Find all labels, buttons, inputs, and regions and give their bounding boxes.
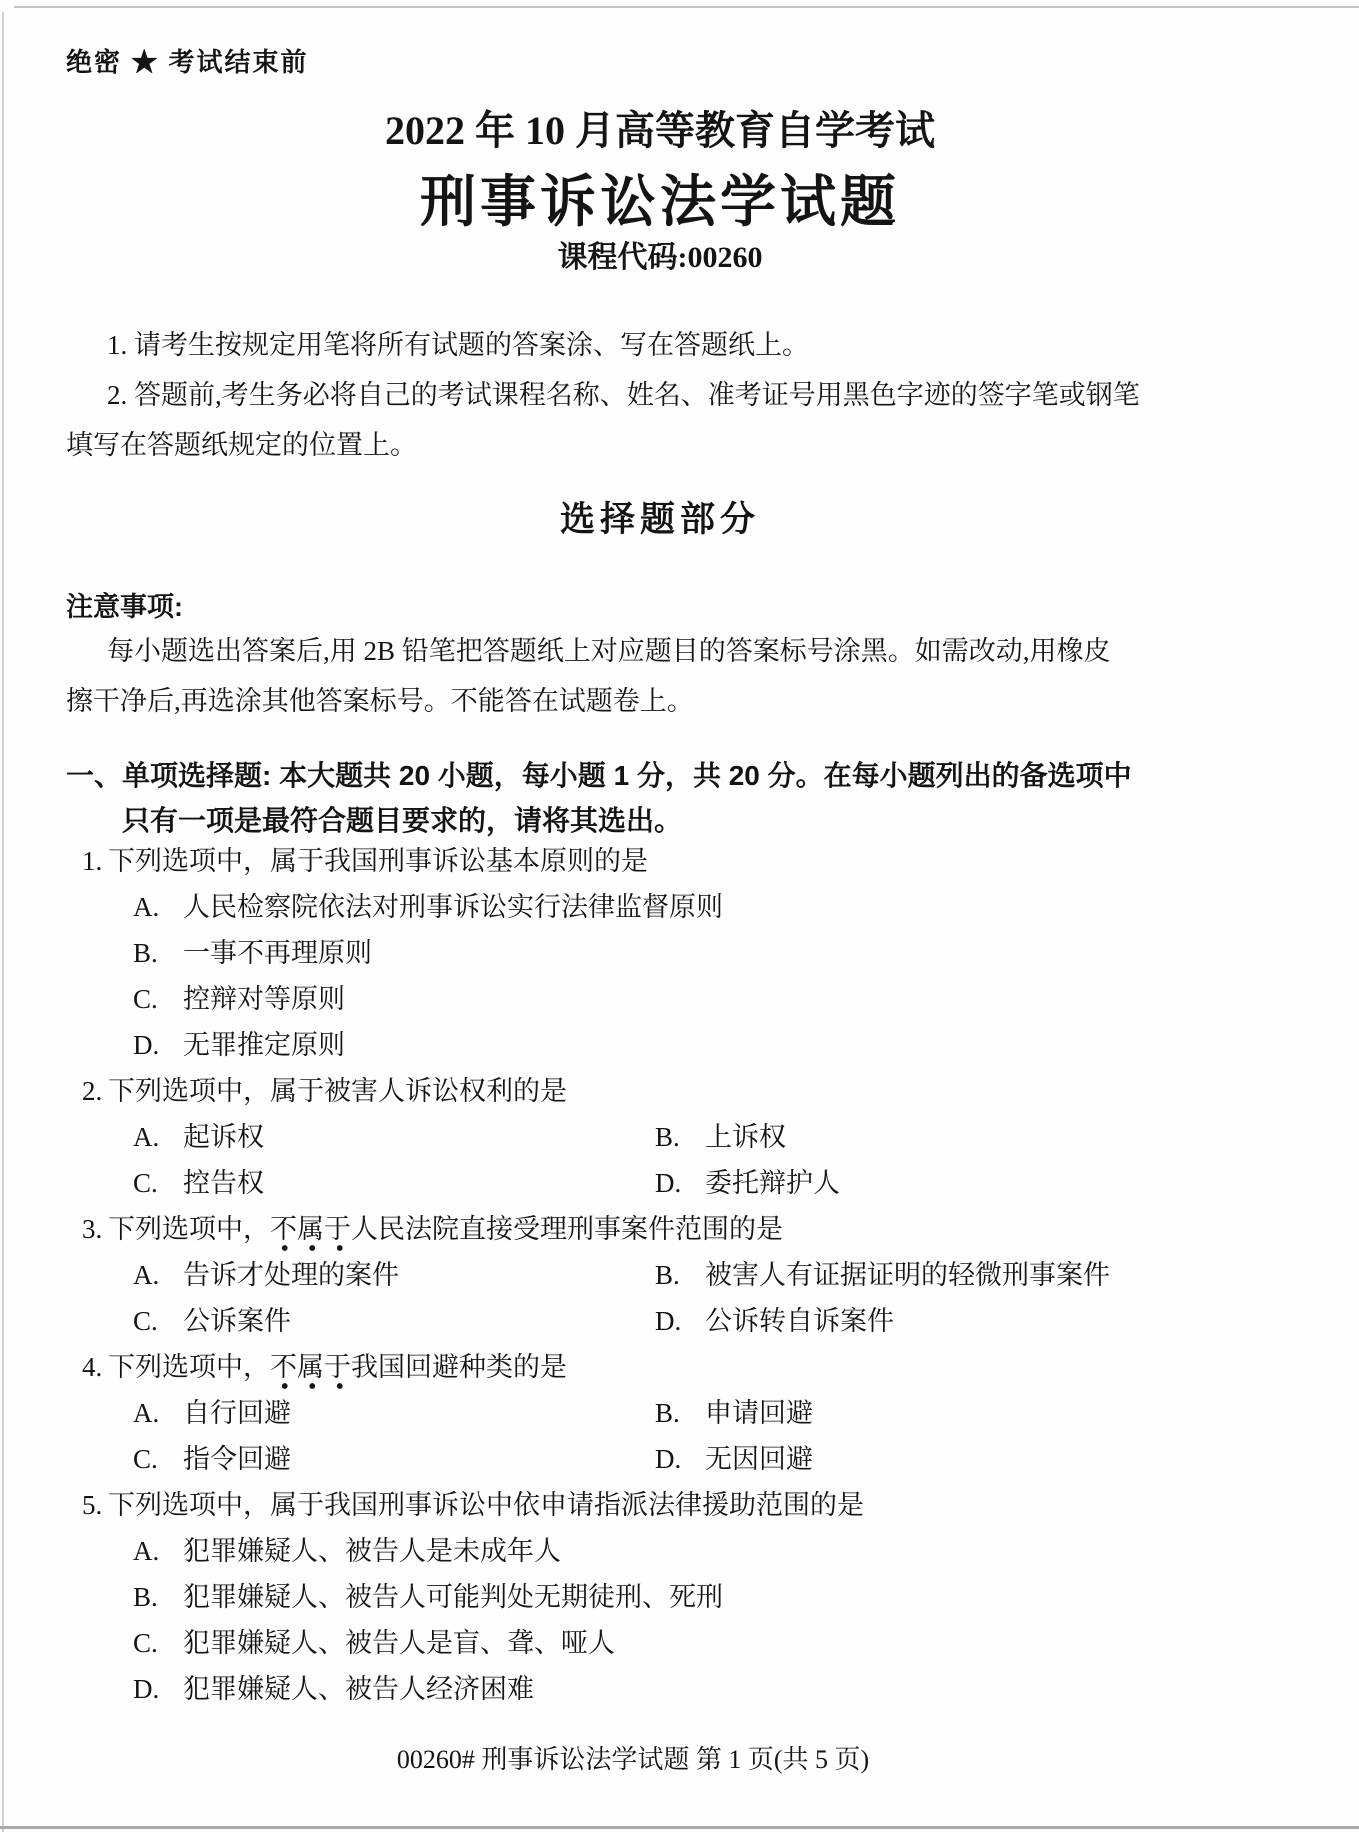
question-1-stem-text: 下列选项中，属于我国刑事诉讼基本原则的是: [108, 846, 648, 876]
page-footer: 00260# 刑事诉讼法学试题 第 1 页(共 5 页): [0, 1739, 1293, 1776]
question-1-number: 1.: [82, 838, 108, 884]
question-4-option-a: A.自行回避: [133, 1390, 655, 1436]
question-4-stem: 4.下列选项中，不属于我国回避种类的是: [0, 1344, 1359, 1390]
question-2-option-c: C.控告权: [133, 1160, 655, 1206]
question-3: 3.下列选项中，不属于人民法院直接受理刑事案件范围的是 A.告诉才处理的案件 B…: [0, 1206, 1359, 1344]
exam-session-title: 2022 年 10 月高等教育自学考试: [0, 99, 1320, 156]
notice-heading: 注意事项:: [66, 585, 183, 624]
question-1-option-a-label: A.: [133, 884, 183, 930]
question-2-option-a-label: A.: [133, 1114, 183, 1160]
section-heading-line-1: 一、单项选择题: 本大题共 20 小题，每小题 1 分，共 20 分。在每小题列…: [66, 754, 1132, 794]
question-3-stem-rest: 人民法院直接受理刑事案件范围的是: [351, 1214, 783, 1244]
scan-edge-top: [14, 6, 1359, 8]
question-3-stem-emphasis: 不属于: [270, 1214, 351, 1252]
question-3-option-b: B.被害人有证据证明的轻微刑事案件: [655, 1252, 1110, 1298]
question-3-option-a: A.告诉才处理的案件: [133, 1252, 655, 1298]
question-2: 2.下列选项中，属于被害人诉讼权利的是 A.起诉权 B.上诉权 C.控告权 D.…: [0, 1068, 1359, 1206]
question-2-stem-text: 下列选项中，属于被害人诉讼权利的是: [108, 1076, 567, 1106]
question-5-option-c-text: 犯罪嫌疑人、被告人是盲、聋、哑人: [183, 1628, 615, 1658]
part-title: 选择题部分: [0, 492, 1320, 542]
question-1: 1.下列选项中，属于我国刑事诉讼基本原则的是 A.人民检察院依法对刑事诉讼实行法…: [0, 838, 1359, 1068]
exam-paper-page: 绝密 ★ 考试结束前 2022 年 10 月高等教育自学考试 刑事诉讼法学试题 …: [0, 0, 1359, 1832]
question-4-option-b-text: 申请回避: [705, 1398, 813, 1428]
question-2-option-d: D.委托辩护人: [655, 1160, 840, 1206]
question-2-option-row-2: C.控告权 D.委托辩护人: [0, 1160, 1359, 1206]
question-4-option-row-1: A.自行回避 B.申请回避: [0, 1390, 1359, 1436]
question-4-option-d: D.无因回避: [655, 1436, 813, 1482]
question-3-option-c-text: 公诉案件: [183, 1306, 291, 1336]
question-2-option-b: B.上诉权: [655, 1114, 786, 1160]
question-3-stem: 3.下列选项中，不属于人民法院直接受理刑事案件范围的是: [0, 1206, 1359, 1252]
question-4-option-b-label: B.: [655, 1390, 705, 1436]
notice-line-2: 擦干净后,再选涂其他答案标号。不能答在试题卷上。: [66, 679, 694, 718]
question-1-option-b-label: B.: [133, 930, 183, 976]
question-3-option-c-label: C.: [133, 1298, 183, 1344]
question-4-stem-emphasis: 不属于: [270, 1352, 351, 1390]
question-3-option-d-text: 公诉转自诉案件: [705, 1306, 894, 1336]
question-1-option-a: A.人民检察院依法对刑事诉讼实行法律监督原则: [0, 884, 1359, 930]
question-5-option-c: C.犯罪嫌疑人、被告人是盲、聋、哑人: [0, 1620, 1359, 1666]
question-4-option-c-text: 指令回避: [183, 1444, 291, 1474]
question-4-option-b: B.申请回避: [655, 1390, 813, 1436]
question-3-option-b-text: 被害人有证据证明的轻微刑事案件: [705, 1260, 1110, 1290]
question-4-stem-rest: 我国回避种类的是: [351, 1352, 567, 1382]
classification-banner: 绝密 ★ 考试结束前: [66, 42, 308, 79]
question-2-option-a: A.起诉权: [133, 1114, 655, 1160]
scan-edge-bottom: [0, 1826, 1359, 1829]
question-5-option-c-label: C.: [133, 1620, 183, 1666]
question-1-option-d: D.无罪推定原则: [0, 1022, 1359, 1068]
question-4-option-c-label: C.: [133, 1436, 183, 1482]
question-4-option-row-2: C.指令回避 D.无因回避: [0, 1436, 1359, 1482]
question-2-option-row-1: A.起诉权 B.上诉权: [0, 1114, 1359, 1160]
question-1-option-c-text: 控辩对等原则: [183, 984, 345, 1014]
question-4-option-a-label: A.: [133, 1390, 183, 1436]
question-3-number: 3.: [82, 1206, 108, 1252]
question-2-number: 2.: [82, 1068, 108, 1114]
question-3-option-row-1: A.告诉才处理的案件 B.被害人有证据证明的轻微刑事案件: [0, 1252, 1359, 1298]
question-5-option-a-text: 犯罪嫌疑人、被告人是未成年人: [183, 1536, 561, 1566]
question-5-option-b: B.犯罪嫌疑人、被告人可能判处无期徒刑、死刑: [0, 1574, 1359, 1620]
question-4-option-a-text: 自行回避: [183, 1398, 291, 1428]
question-3-option-a-label: A.: [133, 1252, 183, 1298]
instruction-item-2-line-2: 填写在答题纸规定的位置上。: [66, 423, 417, 462]
question-1-option-a-text: 人民检察院依法对刑事诉讼实行法律监督原则: [183, 892, 723, 922]
question-4-option-d-text: 无因回避: [705, 1444, 813, 1474]
question-1-option-c-label: C.: [133, 976, 183, 1022]
section-heading-line-2: 只有一项是最符合题目要求的，请将其选出。: [122, 799, 682, 839]
question-4-option-c: C.指令回避: [133, 1436, 655, 1482]
instruction-item-1: 1. 请考生按规定用笔将所有试题的答案涂、写在答题纸上。: [107, 323, 809, 362]
question-5-option-d: D.犯罪嫌疑人、被告人经济困难: [0, 1666, 1359, 1712]
question-2-option-c-text: 控告权: [183, 1168, 264, 1198]
question-3-option-d: D.公诉转自诉案件: [655, 1298, 894, 1344]
question-4-stem-text: 下列选项中，: [108, 1352, 270, 1382]
question-2-option-b-label: B.: [655, 1114, 705, 1160]
question-5-number: 5.: [82, 1482, 108, 1528]
question-4: 4.下列选项中，不属于我国回避种类的是 A.自行回避 B.申请回避 C.指令回避…: [0, 1344, 1359, 1482]
question-1-stem: 1.下列选项中，属于我国刑事诉讼基本原则的是: [0, 838, 1359, 884]
question-2-stem: 2.下列选项中，属于被害人诉讼权利的是: [0, 1068, 1359, 1114]
question-5-option-a-label: A.: [133, 1528, 183, 1574]
exam-subject-title: 刑事诉讼法学试题: [0, 158, 1320, 238]
question-2-option-b-text: 上诉权: [705, 1122, 786, 1152]
question-5-option-d-label: D.: [133, 1666, 183, 1712]
question-5-stem-text: 下列选项中，属于我国刑事诉讼中依申请指派法律援助范围的是: [108, 1490, 864, 1520]
question-3-option-d-label: D.: [655, 1298, 705, 1344]
question-2-option-d-text: 委托辩护人: [705, 1168, 840, 1198]
question-4-number: 4.: [82, 1344, 108, 1390]
question-3-option-b-label: B.: [655, 1252, 705, 1298]
question-2-option-d-label: D.: [655, 1160, 705, 1206]
question-3-option-a-text: 告诉才处理的案件: [183, 1260, 399, 1290]
question-3-option-c: C.公诉案件: [133, 1298, 655, 1344]
questions-list: 1.下列选项中，属于我国刑事诉讼基本原则的是 A.人民检察院依法对刑事诉讼实行法…: [0, 838, 1359, 1712]
question-5-option-a: A.犯罪嫌疑人、被告人是未成年人: [0, 1528, 1359, 1574]
question-4-option-d-label: D.: [655, 1436, 705, 1482]
question-3-option-row-2: C.公诉案件 D.公诉转自诉案件: [0, 1298, 1359, 1344]
question-2-option-c-label: C.: [133, 1160, 183, 1206]
question-1-option-b: B.一事不再理原则: [0, 930, 1359, 976]
question-5: 5.下列选项中，属于我国刑事诉讼中依申请指派法律援助范围的是 A.犯罪嫌疑人、被…: [0, 1482, 1359, 1712]
question-1-option-c: C.控辩对等原则: [0, 976, 1359, 1022]
question-2-option-a-text: 起诉权: [183, 1122, 264, 1152]
question-1-option-d-text: 无罪推定原则: [183, 1030, 345, 1060]
instruction-item-2-line-1: 2. 答题前,考生务必将自己的考试课程名称、姓名、准考证号用黑色字迹的签字笔或钢…: [107, 373, 1140, 412]
question-1-option-b-text: 一事不再理原则: [183, 938, 372, 968]
question-5-stem: 5.下列选项中，属于我国刑事诉讼中依申请指派法律援助范围的是: [0, 1482, 1359, 1528]
question-5-option-d-text: 犯罪嫌疑人、被告人经济困难: [183, 1674, 534, 1704]
course-code: 课程代码:00260: [0, 232, 1320, 276]
question-5-option-b-text: 犯罪嫌疑人、被告人可能判处无期徒刑、死刑: [183, 1582, 723, 1612]
question-5-option-b-label: B.: [133, 1574, 183, 1620]
question-1-option-d-label: D.: [133, 1022, 183, 1068]
question-3-stem-text: 下列选项中，: [108, 1214, 270, 1244]
notice-line-1: 每小题选出答案后,用 2B 铅笔把答题纸上对应题目的答案标号涂黑。如需改动,用橡…: [107, 629, 1111, 668]
